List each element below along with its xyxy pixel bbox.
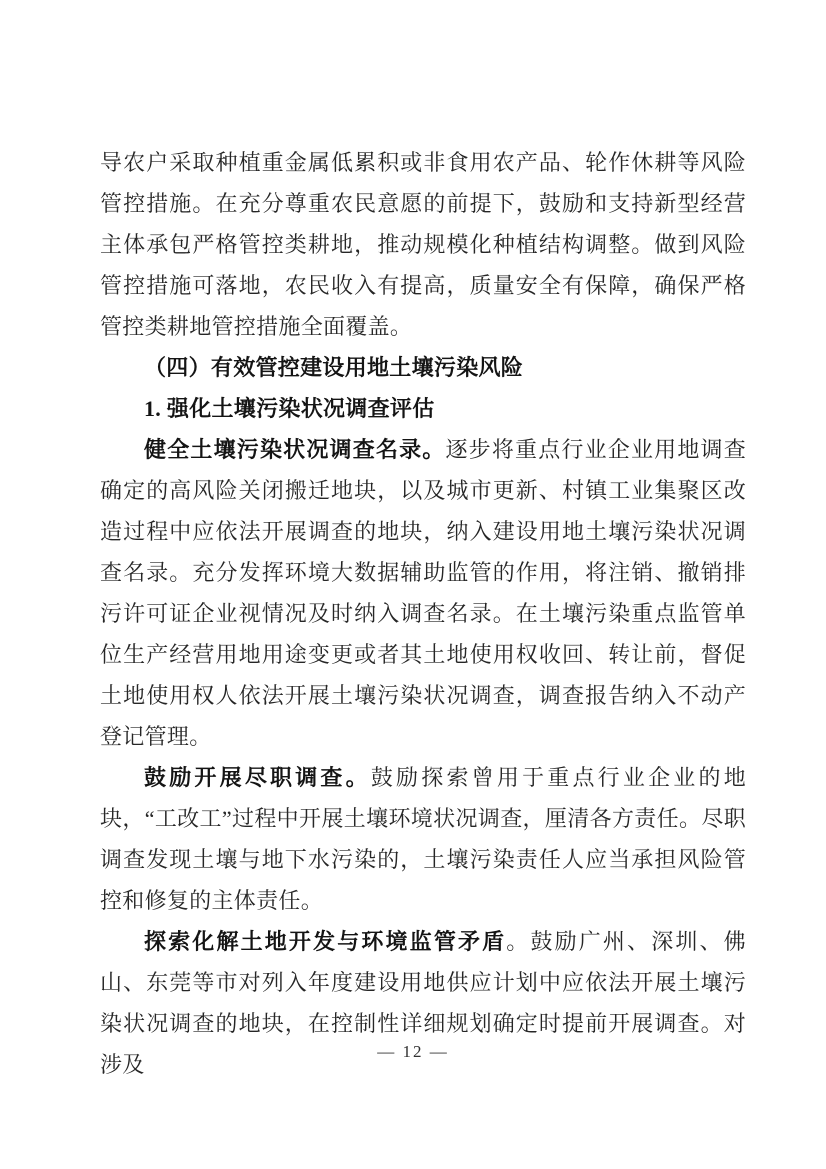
paragraph-survey-list-body: 逐步将重点行业企业用地调查确定的高风险关闭搬迁地块，以及城市更新、村镇工业集聚区… — [100, 437, 746, 749]
paragraph-due-diligence-lead: 鼓励开展尽职调查。 — [144, 765, 371, 790]
paragraph-conflict-resolution-lead: 探索化解土地开发与环境监管矛盾 — [144, 929, 506, 954]
paragraph-due-diligence: 鼓励开展尽职调查。鼓励探索曾用于重点行业企业的地块，“工改工”过程中开展土壤环境… — [100, 757, 746, 921]
paragraph-farmland-risk-control: 导农户采取种植重金属低累积或非食用农产品、轮作休耕等风险管控措施。在充分尊重农民… — [100, 142, 746, 347]
document-body: 导农户采取种植重金属低累积或非食用农产品、轮作休耕等风险管控措施。在充分尊重农民… — [100, 142, 746, 1085]
page-number: — 12 — — [0, 1040, 826, 1064]
document-page: 导农户采取种植重金属低累积或非食用农产品、轮作休耕等风险管控措施。在充分尊重农民… — [0, 0, 826, 1169]
paragraph-survey-list-lead: 健全土壤污染状况调查名录。 — [144, 437, 445, 462]
paragraph-survey-list: 健全土壤污染状况调查名录。逐步将重点行业企业用地调查确定的高风险关闭搬迁地块，以… — [100, 429, 746, 757]
section-heading-4: （四）有效管控建设用地土壤污染风险 — [100, 347, 746, 388]
subsection-heading-1: 1. 强化土壤污染状况调查评估 — [100, 388, 746, 429]
